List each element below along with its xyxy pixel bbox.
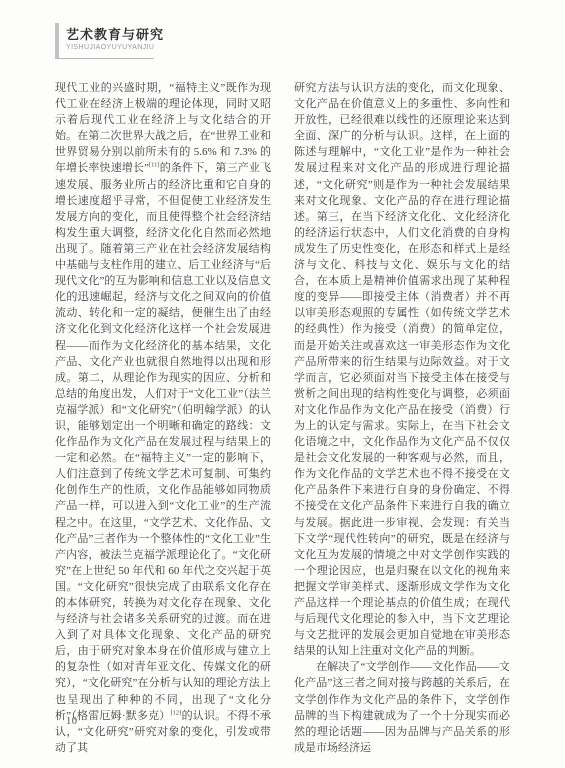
- right-column-paragraph-2: 在解决了“文学创作——文化作品——文化产品”这三者之间对接与跨越的关系后，在文学…: [294, 659, 510, 756]
- footnote-ref-11: [11]: [149, 162, 160, 169]
- journal-title-pinyin: YISHUJIAOYUYUYANJIU: [66, 44, 164, 51]
- right-column: 研究方法与认识方法的变化，而文化现象、文化产品在价值意义上的多重性、多向性和开放…: [294, 80, 510, 756]
- right-column-paragraph-1: 研究方法与认识方法的变化，而文化现象、文化产品在价值意义上的多重性、多向性和开放…: [294, 80, 510, 659]
- header-rule: [55, 58, 154, 59]
- left-column: 现代工业的兴盛时期，“福特主义”既作为现代工业在经济上极端的理论体现，同时又昭示…: [55, 80, 271, 756]
- journal-page: 艺术教育与研究 YISHUJIAOYUYUYANJIU 现代工业的兴盛时期，“福…: [0, 0, 565, 768]
- left-column-text-1: 现代工业的兴盛时期，“福特主义”既作为现代工业在经济上极端的理论体现，同时又昭示…: [55, 82, 271, 174]
- journal-title: 艺术教育与研究: [66, 26, 164, 43]
- footnote-ref-12: [12]: [171, 709, 182, 716]
- page-number: 10: [66, 716, 78, 727]
- header-accent-bar: [55, 23, 59, 59]
- article-body: 现代工业的兴盛时期，“福特主义”既作为现代工业在经济上极端的理论体现，同时又昭示…: [55, 80, 511, 756]
- journal-title-block: 艺术教育与研究 YISHUJIAOYUYUYANJIU: [66, 26, 164, 51]
- left-column-paragraph: 现代工业的兴盛时期，“福特主义”既作为现代工业在经济上极端的理论体现，同时又昭示…: [55, 80, 271, 756]
- left-column-text-2: 的条件下，第三产业飞速发展、服务业所占的经济比重和它自身的增长速度超乎寻常，不但…: [55, 162, 271, 721]
